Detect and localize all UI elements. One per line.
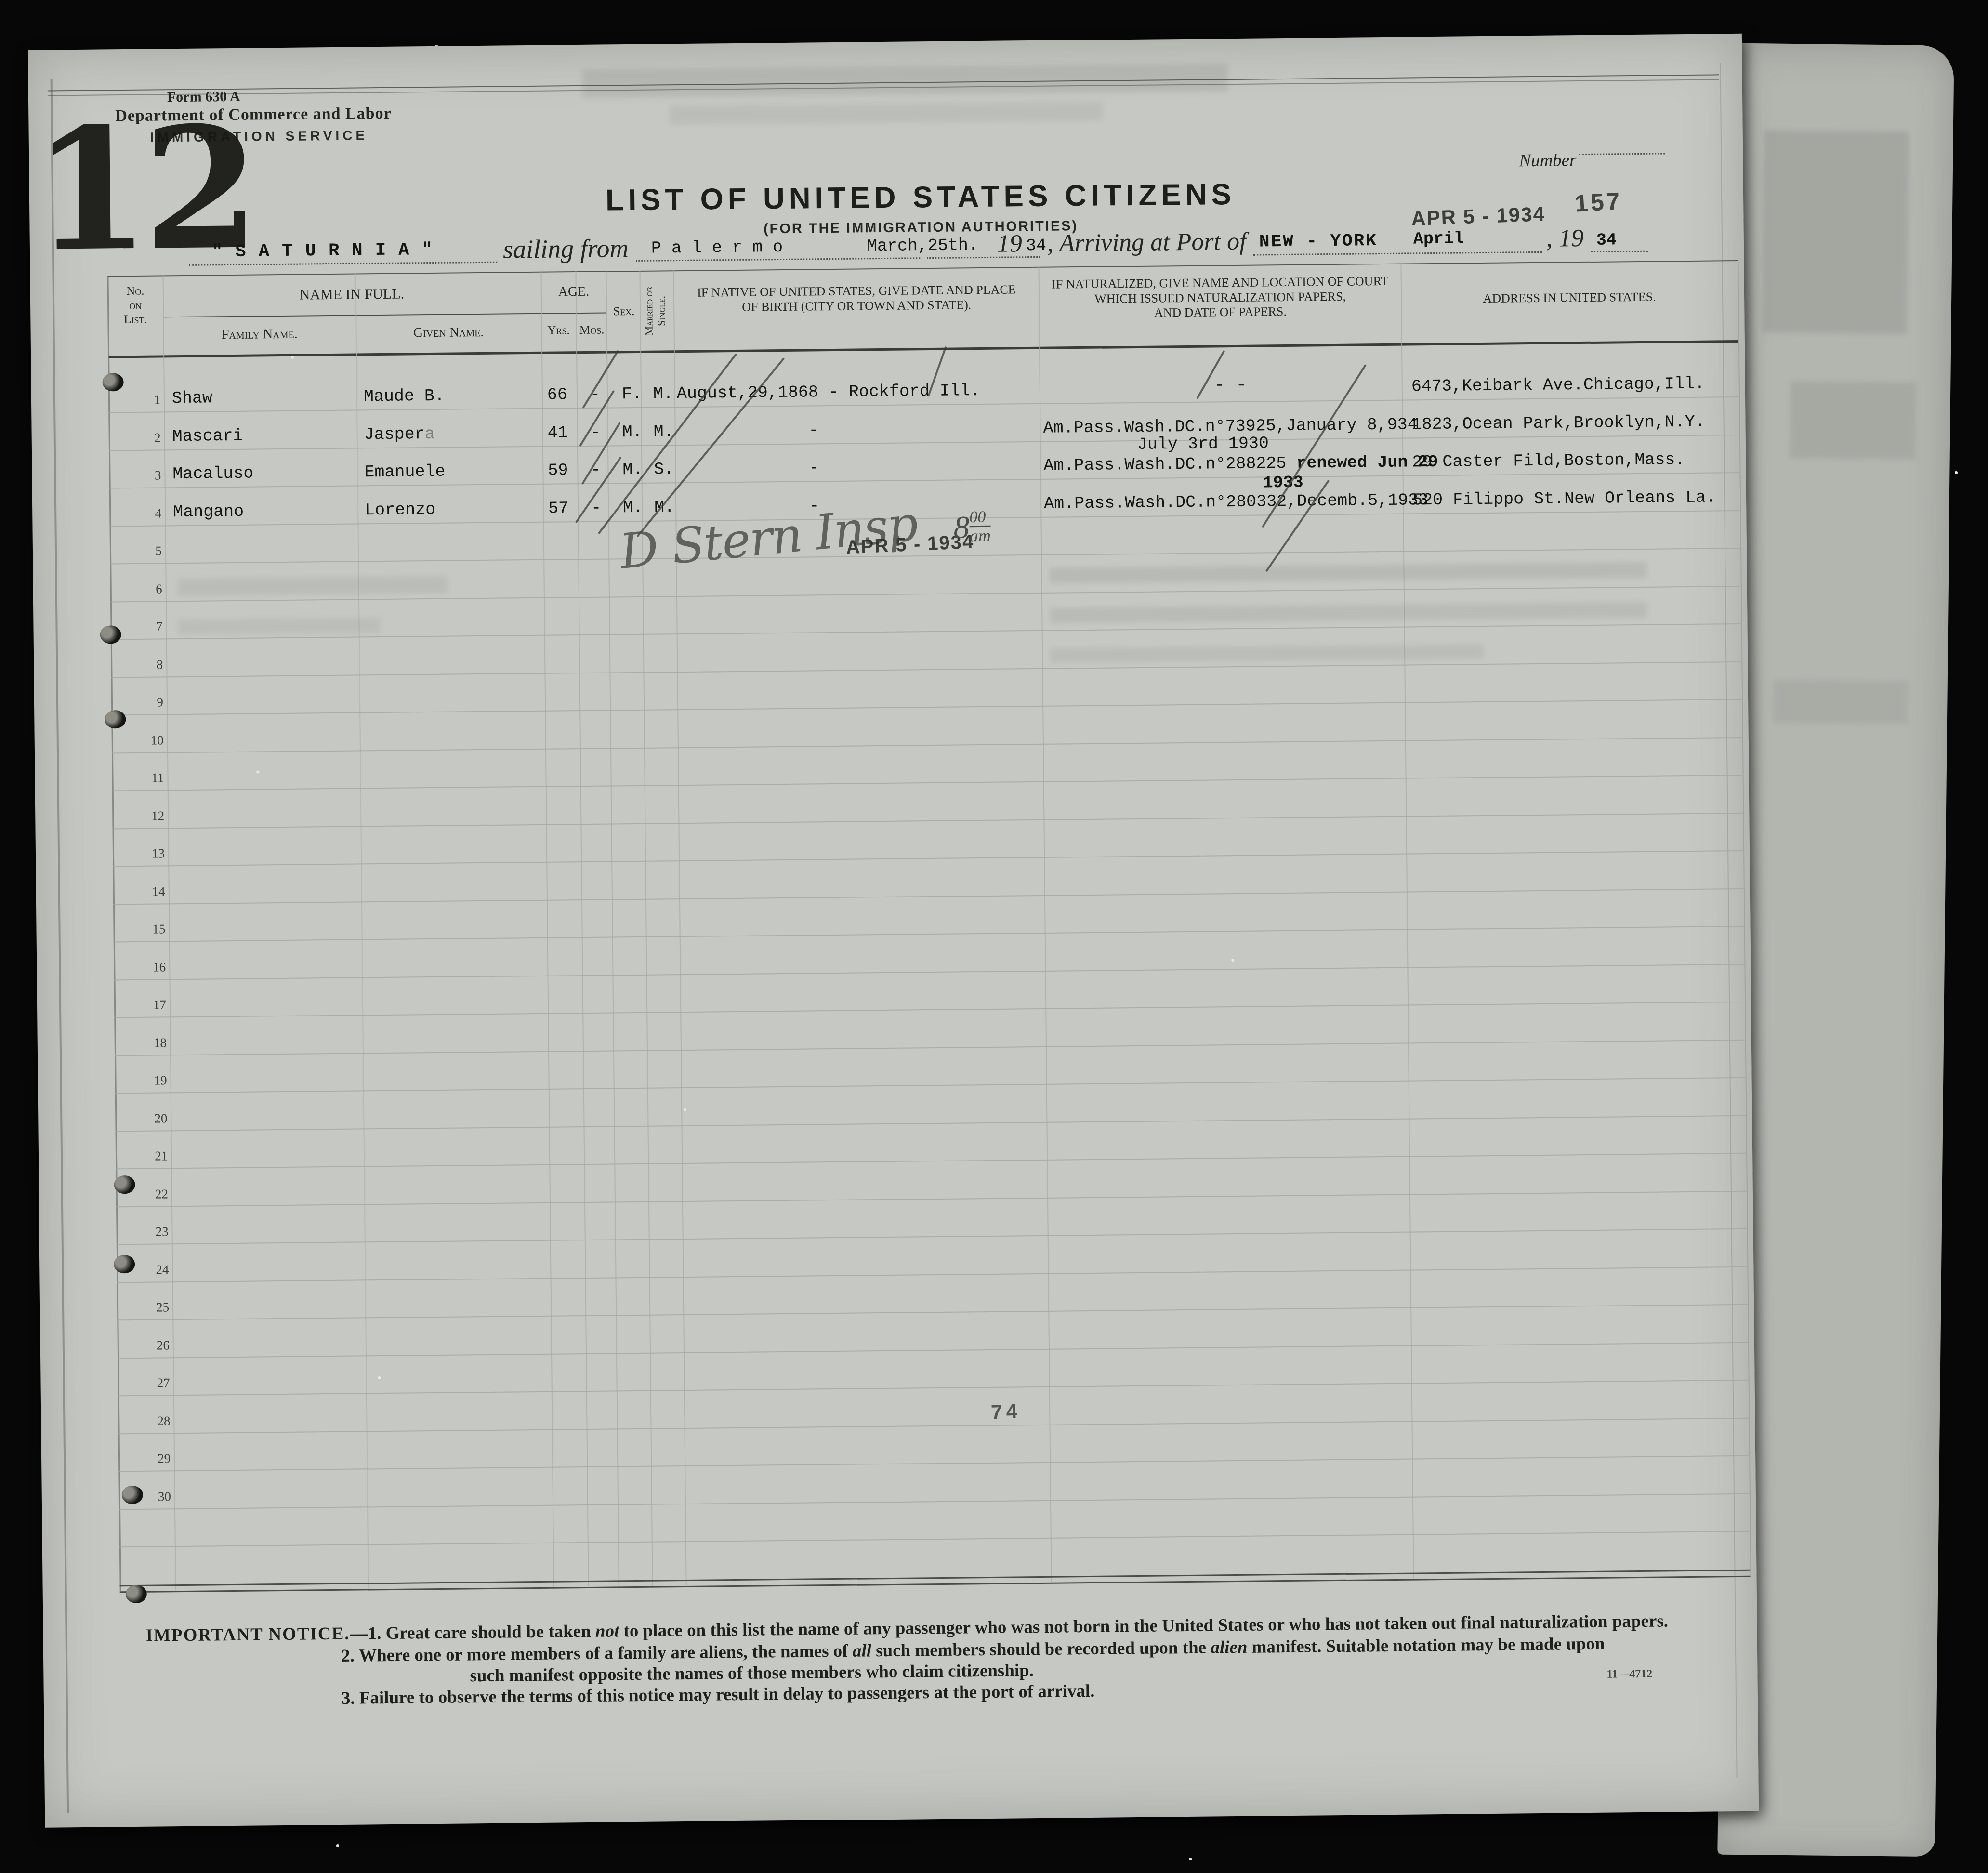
row-number: 16 — [139, 960, 166, 975]
cell-given-name: Jaspera — [364, 424, 434, 444]
table-rule — [116, 1153, 1746, 1169]
row-number: 6 — [135, 581, 162, 597]
cell-sex: M. — [622, 460, 643, 479]
bleedthrough-smudge — [1790, 381, 1916, 460]
column-lines — [28, 34, 1742, 50]
table-rule — [119, 1493, 1750, 1509]
row-bleedthrough — [178, 576, 448, 596]
notice-dash: — — [350, 1623, 368, 1643]
cell-married-or-single: S. — [654, 460, 674, 479]
notice-line-3: 3. Failure to observe the terms of this … — [342, 1681, 1095, 1709]
departure-date: March,25th. — [867, 236, 978, 256]
header-name-in-full: NAME IN FULL. — [168, 284, 536, 305]
table-rule — [115, 1077, 1746, 1094]
arrival-date-stamp: APR 5 - 1934 — [1411, 202, 1546, 230]
header-naturalized: IF NATURALIZED, GIVE NAME AND LOCATION O… — [1042, 274, 1399, 322]
cell-age-yrs: 41 — [547, 423, 567, 442]
header-bottom-border — [108, 340, 1738, 358]
cell-family-name: Mascari — [172, 426, 243, 446]
cell-age-mos: - — [591, 498, 601, 517]
table-rule — [117, 1228, 1747, 1245]
row-bleedthrough — [178, 618, 380, 635]
time-hour: 8 — [953, 510, 970, 545]
header-age: AGE. — [540, 283, 607, 300]
header-given-name: Given Name. — [358, 324, 539, 342]
table-rule — [111, 699, 1742, 715]
cell-us-address: 6473,Keibark Ave.Chicago,Ill. — [1411, 374, 1705, 396]
time-suffix: am — [970, 527, 991, 544]
header-birth: IF NATIVE OF UNITED STATES, GIVE DATE AN… — [678, 282, 1035, 315]
table-rule — [118, 1417, 1749, 1434]
header-no-on-list: No. on List. — [112, 284, 159, 327]
row-number: 24 — [142, 1262, 169, 1278]
row-number: 21 — [141, 1148, 168, 1164]
cell-sex: M. — [623, 498, 643, 517]
punch-hole — [114, 1175, 135, 1194]
cell-us-address: 520 Filippo St.New Orleans La. — [1412, 488, 1716, 510]
header-family-name: Family Name. — [168, 326, 351, 343]
row-number: 14 — [138, 884, 165, 899]
table-rule — [113, 850, 1743, 867]
row-number: 17 — [139, 997, 166, 1013]
table-rule — [114, 963, 1745, 980]
table-row: ShawMaude B.66-F.M.August,29,1868 - Rock… — [31, 374, 1745, 417]
cell-given-name: Maude B. — [364, 386, 445, 407]
punch-hole — [122, 1486, 143, 1504]
dust-specks — [0, 0, 1, 1]
row-number: 28 — [143, 1413, 170, 1429]
table-rule — [113, 888, 1744, 904]
row-number: 13 — [138, 846, 165, 861]
notice-item2-num: 2. — [341, 1646, 355, 1666]
paper-speck — [1231, 959, 1234, 962]
cell-age-yrs: 57 — [548, 499, 568, 518]
cell-given-name: Lorenzo — [365, 500, 435, 519]
cell-family-name: Shaw — [172, 388, 212, 408]
table-rule — [112, 775, 1743, 791]
row-number: 9 — [136, 695, 163, 710]
year-printed-departure: 19 — [997, 229, 1023, 258]
cell-age-yrs: 59 — [548, 461, 568, 480]
bleedthrough-smudge — [1773, 680, 1908, 725]
header-address: ADDRESS IN UNITED STATES. — [1403, 289, 1736, 307]
table-rule — [111, 661, 1741, 677]
table-rule — [118, 1342, 1748, 1358]
scanned-manifest-photo: { "form": { "form_no": "Form 630 A", "de… — [0, 0, 1988, 1873]
notice-item3-num: 3. — [342, 1688, 355, 1708]
table-rule — [117, 1304, 1748, 1320]
notice-item2-italic-alien: alien — [1211, 1637, 1247, 1658]
arrival-year: 34 — [1596, 230, 1617, 250]
cell-family-name: Mangano — [173, 501, 244, 521]
row-number: 25 — [142, 1300, 169, 1315]
nat-line-below: 1933 — [1263, 473, 1303, 493]
nat-line-above: July 3rd 1930 — [1137, 434, 1269, 454]
time-note: 800am — [953, 509, 991, 546]
right-fold-line — [1720, 63, 1737, 1778]
cell-married-or-single: M. — [654, 498, 674, 517]
header-tier-divider — [163, 313, 606, 318]
row-number: 11 — [137, 770, 164, 786]
paper-speck — [684, 1108, 686, 1111]
number-label: Number — [1519, 150, 1577, 171]
notice-item2-a: Where one or more members of a family ar… — [359, 1641, 853, 1666]
punch-hole — [114, 1255, 135, 1273]
row-number: 10 — [137, 733, 164, 748]
print-code: 11—4712 — [1606, 1668, 1652, 1681]
faint-overtype: a — [425, 424, 435, 443]
cell-birthplace: August,29,1868 - Rockford Ill. — [677, 381, 980, 403]
notice-item2-c: such members should be recorded upon the — [871, 1638, 1211, 1661]
notice-item2-italic-all: all — [853, 1641, 871, 1661]
extra-rule — [119, 1531, 1750, 1547]
table-rule — [114, 1002, 1745, 1018]
table-row: MascariJaspera41-M.M. -1823,Ocean Park,B… — [32, 411, 1746, 455]
arrival-year-prefix: , 19 — [1546, 224, 1584, 253]
cell-married-or-single: M. — [653, 384, 673, 403]
arrival-year-fill-line — [1591, 251, 1648, 252]
header-married-single: Married or Single. — [642, 270, 668, 352]
stamp-74: 74 — [990, 1399, 1022, 1424]
row-number: 18 — [140, 1035, 167, 1051]
punch-hole — [105, 710, 126, 728]
title-bleedthrough-2 — [669, 102, 1103, 125]
cell-birthplace: - — [677, 421, 818, 441]
list-number-stamp: 157 — [1574, 187, 1623, 218]
row-number: 20 — [140, 1111, 167, 1126]
row-number: 23 — [141, 1224, 168, 1240]
departure-fill-line — [636, 257, 920, 262]
row-number: 19 — [140, 1073, 167, 1088]
row-number: 27 — [143, 1375, 170, 1391]
punch-hole — [100, 625, 121, 644]
paper-speck — [378, 1376, 381, 1379]
table-row: MacalusoEmanuele59-M.S. -29 Caster Fild,… — [32, 449, 1746, 493]
table-body: 1ShawMaude B.66-F.M.August,29,1868 - Roc… — [28, 34, 1742, 50]
number-fill-line — [1579, 153, 1665, 155]
arrival-month-typed: April — [1413, 229, 1464, 249]
manifest-page: Form 630 A Department of Commerce and La… — [28, 34, 1759, 1828]
sailing-from-label: sailing from — [503, 233, 629, 264]
cell-age-yrs: 66 — [547, 385, 567, 404]
row-bleedthrough — [1050, 602, 1647, 623]
header-mos: Mos. — [575, 323, 608, 337]
arriving-label: , Arriving at Port of — [1047, 227, 1247, 258]
table-rule — [118, 1455, 1749, 1472]
cell-family-name: Macaluso — [172, 464, 253, 484]
header-sex: Sex. — [606, 304, 641, 319]
table-rule — [114, 926, 1744, 942]
notice-item1-a: Great care should be taken — [385, 1622, 595, 1643]
header-yrs: Yrs. — [540, 323, 577, 338]
cell-sex: M. — [622, 422, 642, 441]
row-bleedthrough — [1049, 562, 1646, 583]
cell-naturalization: Am.Pass.Wash.DC.n°288225 renewed Jun 29J… — [1043, 452, 1438, 475]
row-number: 22 — [141, 1187, 168, 1202]
row-number: 12 — [137, 808, 164, 824]
ship-name: " S A T U R N I A " — [212, 240, 434, 262]
arrival-port: NEW - YORK — [1259, 231, 1378, 251]
departure-port: P a l e r m o — [651, 237, 783, 258]
cell-naturalization: Am.Pass.Wash.DC.n°280332,Decemb.5,1933 — [1044, 490, 1428, 514]
paper-speck — [291, 356, 294, 359]
row-bleedthrough — [1050, 644, 1484, 663]
row-number: 26 — [143, 1338, 170, 1353]
departure-year: 34 — [1026, 236, 1046, 255]
notice-label: IMPORTANT NOTICE. — [145, 1624, 350, 1646]
row-number: 7 — [135, 619, 162, 634]
table-rule — [112, 737, 1742, 753]
punch-hole — [126, 1585, 147, 1603]
cell-us-address: 29 Caster Fild,Boston,Mass. — [1412, 450, 1685, 472]
table-rule — [117, 1266, 1748, 1282]
table-rule — [116, 1115, 1746, 1131]
cell-given-name: Emanuele — [364, 462, 445, 482]
row-number: 8 — [136, 657, 163, 673]
time-minutes: 00 — [969, 509, 990, 527]
table-rule — [113, 812, 1743, 829]
notice-item2-e: manifest. Suitable notation may be made … — [1247, 1634, 1605, 1657]
cell-sex: F. — [622, 384, 642, 404]
notice-item1-italic: not — [595, 1621, 619, 1641]
table-rule — [118, 1380, 1749, 1396]
row1-nat-marks: - - — [1214, 375, 1247, 396]
row-number: 5 — [135, 543, 162, 559]
date-fill-line — [927, 256, 1040, 259]
row-number: 30 — [144, 1489, 171, 1504]
table-rule — [116, 1190, 1747, 1207]
notice-item1-num: 1. — [368, 1623, 381, 1643]
arrival-fill-line — [1253, 251, 1542, 256]
row-number: 29 — [144, 1451, 171, 1466]
table-rule — [115, 1039, 1745, 1055]
row-number: 15 — [138, 922, 165, 937]
cell-us-address: 1823,Ocean Park,Brooklyn,N.Y. — [1411, 412, 1705, 434]
paper-speck — [256, 770, 259, 773]
title-bleedthrough — [582, 64, 1227, 98]
punch-hole — [102, 373, 123, 391]
bleedthrough-smudge — [1762, 130, 1909, 334]
binding-crease — [51, 79, 69, 1813]
